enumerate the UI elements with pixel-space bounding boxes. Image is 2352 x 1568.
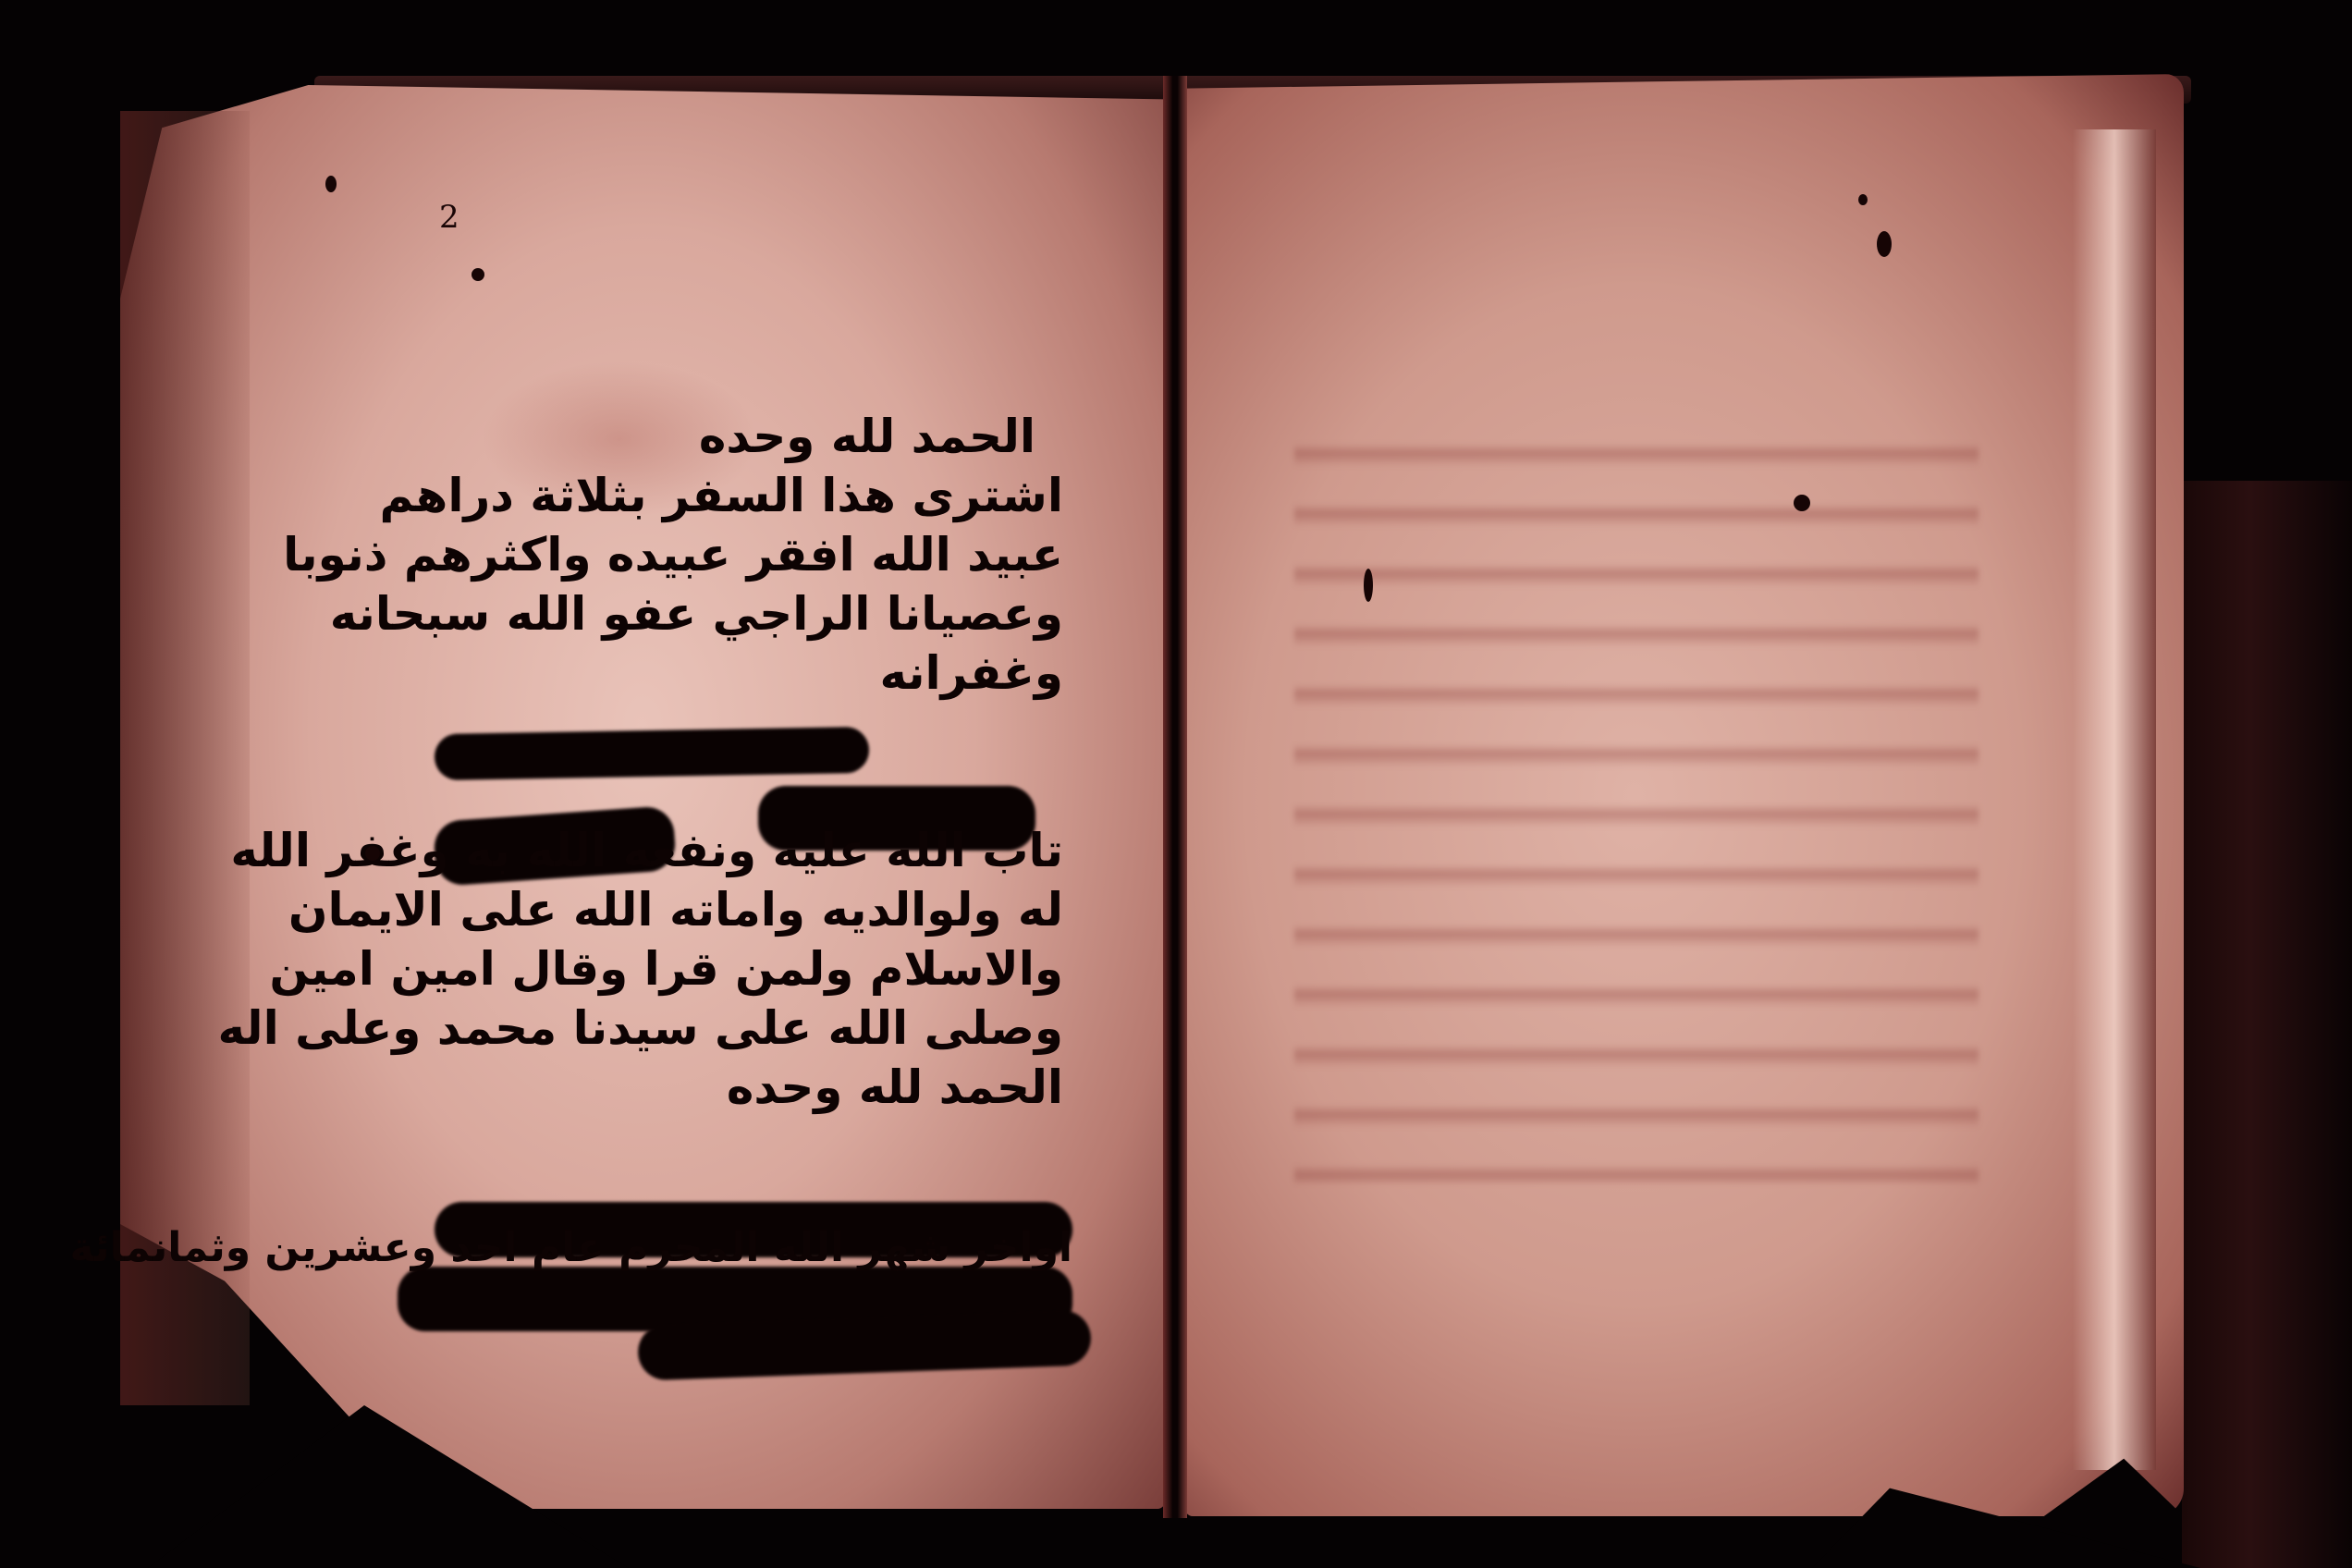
text-line: وغفرانه bbox=[435, 643, 1063, 703]
left-margin-stain bbox=[120, 111, 250, 1405]
manuscript-text: الحمد لله وحده اشترى هذا السفر بثلاثة در… bbox=[435, 407, 1063, 1278]
redacted-line bbox=[435, 703, 1063, 821]
ink-speck bbox=[325, 176, 337, 192]
ink-speck bbox=[1877, 231, 1892, 257]
text-line: له ولوالديه واماته الله على الايمان bbox=[435, 880, 1063, 939]
ink-speck bbox=[472, 268, 484, 281]
redacted-line bbox=[435, 1117, 1063, 1219]
manuscript-spread: 2 الحمد لله وحده اشترى هذا السفر بثلاثة … bbox=[0, 0, 2352, 1568]
ink-speck bbox=[1364, 569, 1373, 602]
ink-speck bbox=[1794, 495, 1810, 511]
book-gutter bbox=[1163, 76, 1187, 1518]
bleed-through-text bbox=[1294, 407, 1978, 1183]
text-line: وعصيانا الراجي عفو الله سبحانه bbox=[435, 584, 1063, 643]
right-page-worn-edge bbox=[2073, 129, 2156, 1470]
text-line: اشترى هذا السفر بثلاثة دراهم bbox=[435, 466, 1063, 525]
text-line: وصلى الله على سيدنا محمد وعلى اله bbox=[435, 998, 1063, 1058]
text-line: عبيد الله افقر عبيده واكثرهم ذنوبا bbox=[435, 525, 1063, 584]
text-line: الحمد لله وحده bbox=[435, 1058, 1063, 1117]
text-line: تاب الله عليه ونفعه الله به وغفر الله bbox=[435, 821, 1063, 880]
cover-board-right bbox=[2182, 481, 2352, 1568]
ink-speck bbox=[1858, 194, 1868, 205]
ink-speck bbox=[365, 846, 380, 861]
page-number: 2 bbox=[439, 199, 459, 236]
text-line: والاسلام ولمن قرا وقال امين امين bbox=[435, 939, 1063, 998]
text-line: اواخر شهر الله المحرم عام احد وعشرين وثم… bbox=[435, 1219, 1072, 1278]
text-line: الحمد لله وحده bbox=[435, 407, 1035, 466]
